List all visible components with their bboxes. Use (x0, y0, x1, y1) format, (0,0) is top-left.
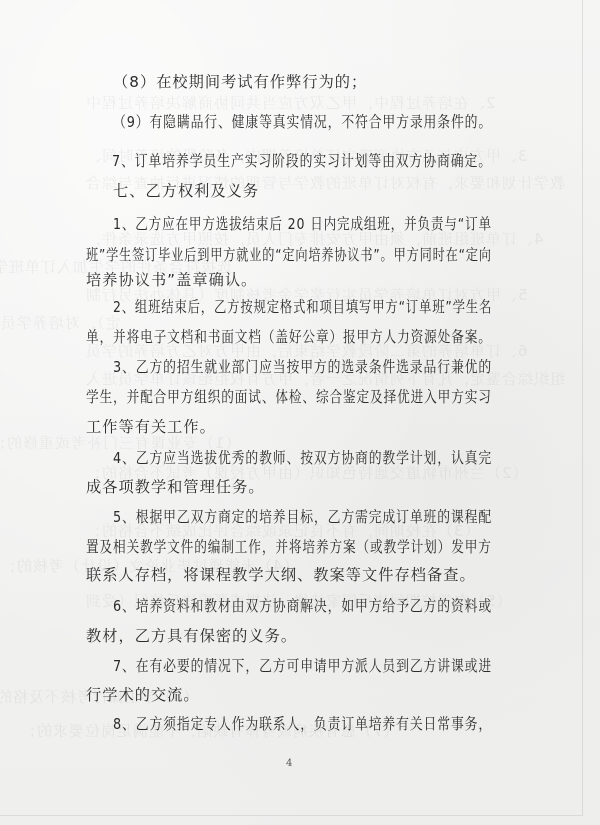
document-line: 4、乙方应当选拔优秀的教师、按双方协商的教学计划，认真完 (113, 448, 492, 468)
document-line: 6、培养资料和教材由双方协商解决，如甲方给予乙方的资料或 (113, 596, 492, 616)
document-line: （9）有隐瞒品行、健康等真实情况，不符合甲方录用条件的。 (113, 112, 492, 132)
document-line: 3、乙方的招生就业部门应当按甲方的选录条件选录品行兼优的 (113, 357, 492, 377)
document-line: 学生，并配合甲方组织的面试、体检、综合鉴定及择优进入甲方实习 (86, 387, 492, 407)
page-edge-right (582, 0, 583, 815)
document-line: 行学术的交流。 (86, 685, 200, 705)
document-line: 联系人存档，将课程教学大纲、教案等文件存档备查。 (86, 565, 476, 585)
document-line: 班”学生签订毕业后到甲方就业的“定向培养协议书”。甲方同时在“定向 (86, 245, 492, 265)
show-through-line: 2、在培养过程中，甲乙双方应当共同协商解决培养过程中 (85, 92, 496, 113)
document-line: 1、乙方应在甲方选拔结束后 20 日内完成组班，并负责与“订单 (113, 214, 492, 234)
document-line: 工作等有关工作。 (86, 417, 216, 437)
page-number: 4 (286, 758, 292, 769)
document-line: 七、乙方权利及义务 (113, 181, 259, 201)
document-line: 教材，乙方具有保密的义务。 (86, 626, 297, 646)
document-line: 单，并将电子文档和书面文档（盖好公章）报甲方人力资源处备案。 (86, 327, 492, 347)
document-line: 培养协议书”盖章确认。 (86, 270, 257, 290)
document-line: 7、订单培养学员生产实习阶段的实习计划等由双方协商确定。 (112, 151, 492, 171)
document-line: 置及相关教学文件的编制工作，并将培养方案（或教学计划）发甲方 (86, 537, 492, 557)
document-line: 8、乙方须指定专人作为联系人，负责订单培养有关日常事务， (113, 714, 492, 734)
document-line: 2、组班结束后，乙方按规定格式和项目填写甲方“订单班”学生名 (113, 297, 492, 317)
page-edge-bottom (0, 815, 583, 816)
document-line: 7、在有必要的情况下，乙方可申请甲方派人员到乙方讲课或进 (113, 656, 492, 676)
document-line: （8）在校期间考试有作弊行为的； (113, 72, 367, 92)
document-line: 5、根据甲乙双方商定的培养目标，乙方需完成订单班的课程配 (113, 507, 492, 527)
document-line: 成各项教学和管理任务。 (86, 477, 265, 497)
